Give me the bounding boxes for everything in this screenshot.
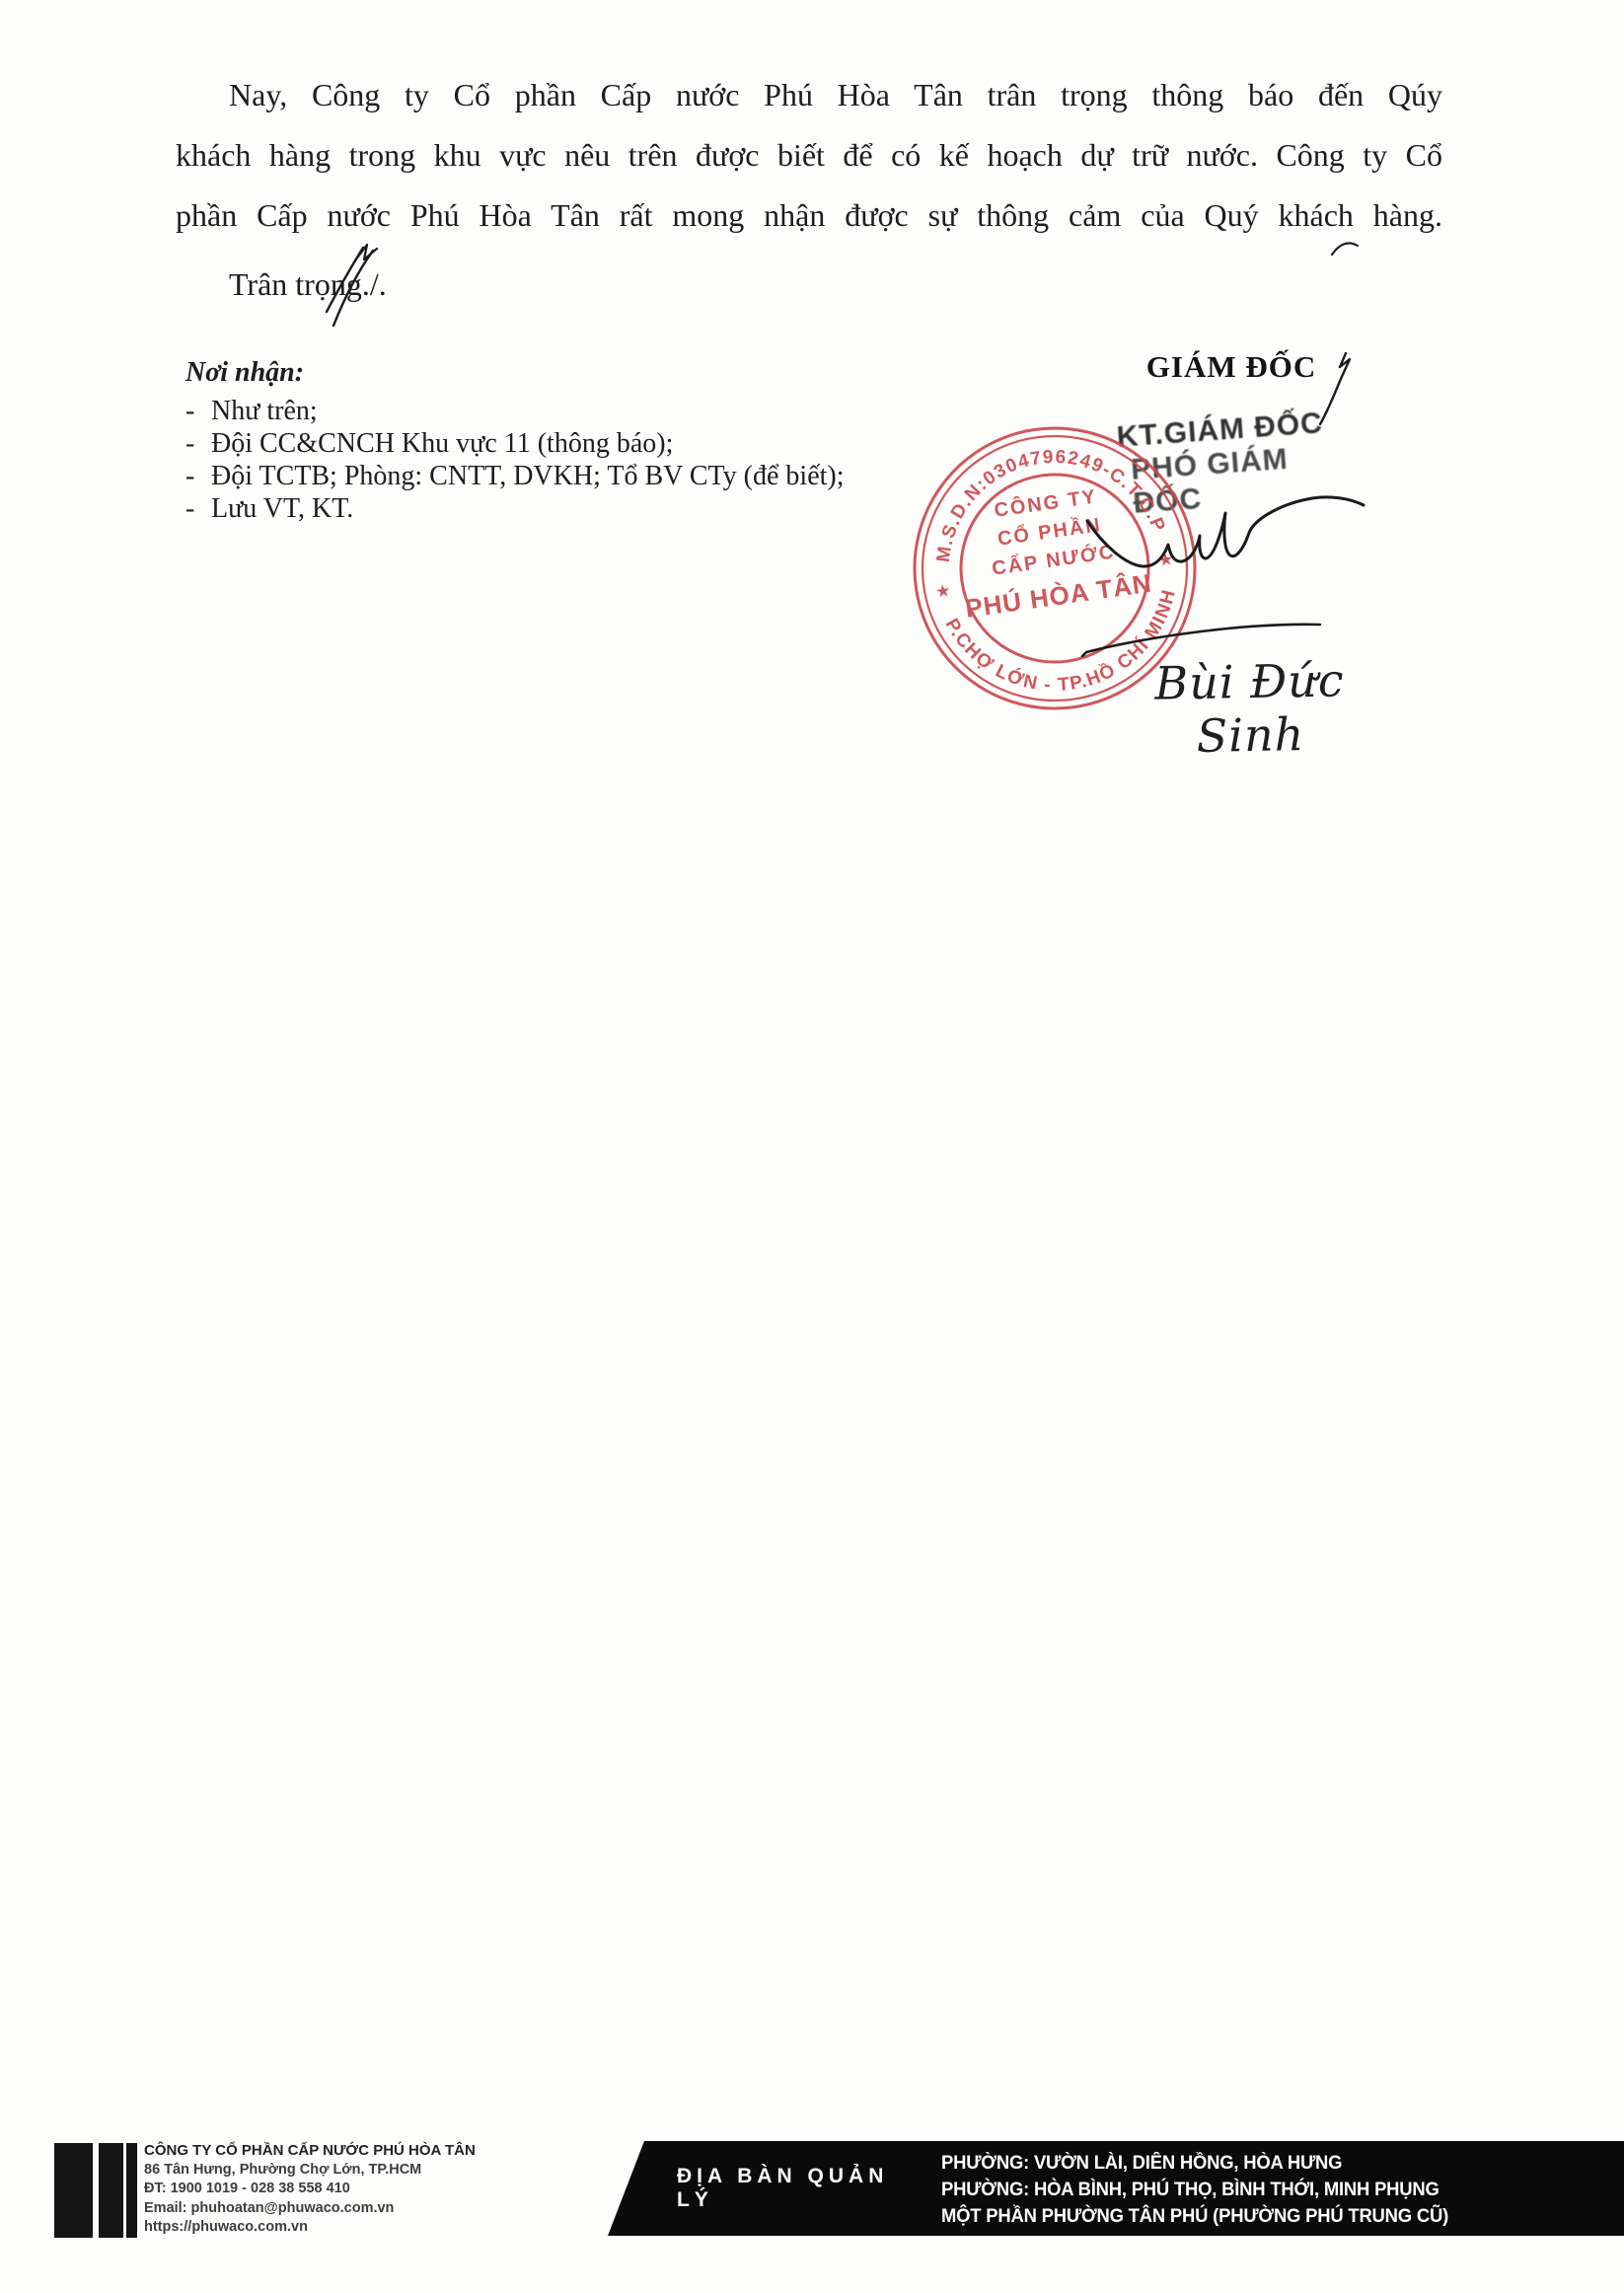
scanned-letter-page: Nay, Công ty Cổ phần Cấp nước Phú Hòa Tâ… [0, 0, 1624, 2293]
company-name: CÔNG TY CỔ PHẦN CẤP NƯỚC PHÚ HÒA TÂN [144, 2141, 476, 2161]
body-line: Nay, Công ty Cổ phần Cấp nước Phú Hòa Tâ… [176, 65, 1442, 125]
recipient-item: - Đội TCTB; Phòng: CNTT, DVKH; Tổ BV CTy… [185, 460, 845, 492]
recipient-label: Đội CC&CNCH Khu vực 11 (thông báo); [211, 427, 673, 460]
handwritten-signature [918, 483, 1391, 681]
recipients-block: Nơi nhận: - Như trên; - Đội CC&CNCH Khu … [185, 357, 845, 525]
director-title: GIÁM ĐỐC [1135, 349, 1328, 385]
footer-company-info: CÔNG TY CỔ PHẦN CẤP NƯỚC PHÚ HÒA TÂN 86 … [144, 2141, 476, 2238]
body-line: khách hàng trong khu vực nêu trên được b… [176, 125, 1442, 185]
dash-bullet: - [185, 460, 197, 492]
pen-caret-mark [1326, 229, 1369, 260]
company-website: https://phuwaco.com.vn [144, 2218, 476, 2238]
service-area-line: PHƯỜNG: HÒA BÌNH, PHÚ THỌ, BÌNH THỚI, MI… [941, 2177, 1448, 2203]
footer-logo-bar [54, 2143, 93, 2238]
letter-body: Nay, Công ty Cổ phần Cấp nước Phú Hòa Tâ… [176, 65, 1442, 246]
dash-bullet: - [185, 395, 197, 427]
recipients-heading: Nơi nhận: [185, 357, 845, 395]
company-address: 86 Tân Hưng, Phường Chợ Lớn, TP.HCM [144, 2161, 476, 2181]
footer-logo-bar [126, 2143, 137, 2238]
footer-logo-bar [99, 2143, 123, 2238]
paraph-squiggle [318, 235, 389, 333]
company-email: Email: phuhoatan@phuwaco.com.vn [144, 2199, 476, 2219]
recipient-item: - Đội CC&CNCH Khu vực 11 (thông báo); [185, 427, 845, 460]
company-phone: ĐT: 1900 1019 - 028 38 558 410 [144, 2180, 476, 2199]
service-area-label: ĐỊA BÀN QUẢN LÝ [677, 2141, 914, 2236]
recipient-label: Đội TCTB; Phòng: CNTT, DVKH; Tổ BV CTy (… [211, 460, 845, 492]
service-area-lines: PHƯỜNG: VƯỜN LÀI, DIÊN HỒNG, HÒA HƯNG PH… [941, 2150, 1448, 2230]
service-area-line: PHƯỜNG: VƯỜN LÀI, DIÊN HỒNG, HÒA HƯNG [941, 2150, 1448, 2177]
pen-paraph-stroke [1310, 347, 1362, 432]
dash-bullet: - [185, 427, 197, 460]
signer-name: Bùi Đức Sinh [1096, 652, 1404, 764]
service-area-line: MỘT PHẦN PHƯỜNG TÂN PHÚ (PHƯỜNG PHÚ TRUN… [941, 2203, 1448, 2230]
recipient-item: - Lưu VT, KT. [185, 492, 845, 525]
recipient-item: - Như trên; [185, 395, 845, 427]
recipient-label: Như trên; [211, 395, 318, 427]
service-area-band: ĐỊA BÀN QUẢN LÝ PHƯỜNG: VƯỜN LÀI, DIÊN H… [608, 2141, 1624, 2236]
dash-bullet: - [185, 492, 197, 525]
recipient-label: Lưu VT, KT. [211, 492, 353, 525]
